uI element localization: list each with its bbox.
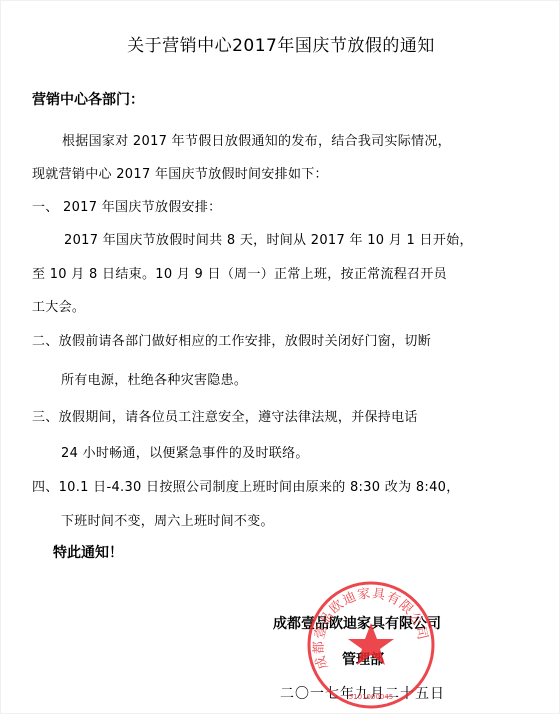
- department-name: 管理部: [342, 649, 384, 669]
- paragraph-line: 24 小时畅通，以便紧急事件的及时联络。: [61, 442, 309, 461]
- document-title: 关于营销中心2017年国庆节放假的通知: [1, 31, 560, 56]
- section-heading: 一、 2017 年国庆节放假安排：: [32, 196, 221, 215]
- section-heading: 二、放假前请各部门做好相应的工作安排，放假时关闭好门窗，切断: [32, 330, 431, 349]
- salutation: 营销中心各部门：: [32, 89, 144, 109]
- paragraph-line: 所有电源，杜绝各种灾害隐患。: [61, 369, 247, 388]
- section-heading: 四、10.1 日-4.30 日按照公司制度上班时间由原来的 8:30 改为 8:…: [32, 476, 460, 495]
- document-date: 二〇一七年九月二十五日: [280, 683, 445, 703]
- sign-off: 特此通知！: [53, 542, 123, 562]
- paragraph-line: 2017 年国庆节放假时间共 8 天，时间从 2017 年 10 月 1 日开始…: [64, 229, 473, 248]
- document-page: 关于营销中心2017年国庆节放假的通知 营销中心各部门： 根据国家对 2017 …: [0, 0, 560, 714]
- paragraph-line: 工大会。: [32, 296, 85, 315]
- paragraph-line: 现就营销中心 2017 年国庆节放假时间安排如下：: [32, 163, 328, 182]
- section-heading: 三、放假期间，请各位员工注意安全，遵守法律法规，并保持电话: [32, 406, 418, 425]
- company-name: 成都壹品欧迪家具有限公司: [273, 613, 441, 633]
- paragraph-line: 下班时间不变，周六上班时间不变。: [61, 510, 274, 529]
- paragraph-line: 根据国家对 2017 年节假日放假通知的发布，结合我司实际情况，: [62, 130, 451, 149]
- paragraph-line: 至 10 月 8 日结束。10 月 9 日（周一）正常上班，按正常流程召开员: [32, 263, 447, 282]
